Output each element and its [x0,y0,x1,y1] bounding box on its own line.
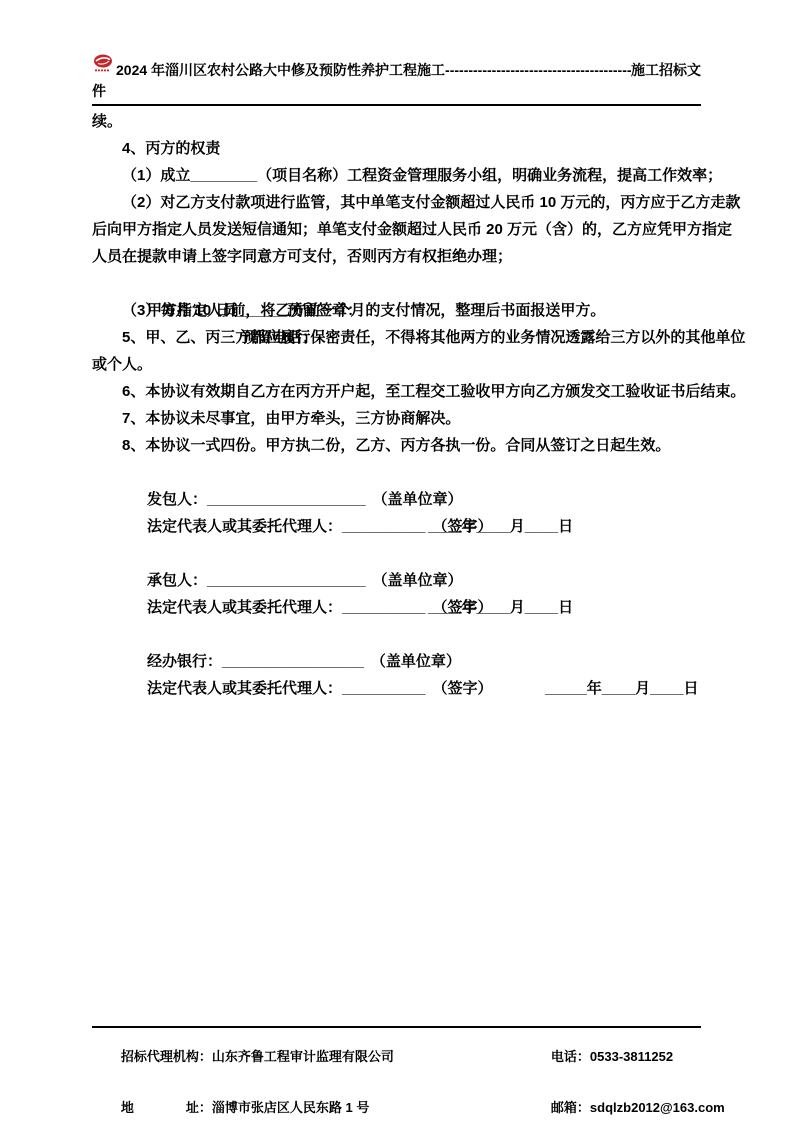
seal-note: （盖单位章） [373,491,463,508]
clause-7: 7、本协议未尽事宜，由甲方牵头，三方协商解决。 [92,405,701,432]
legal-rep-blank: __________ [342,680,425,697]
contractor-signature-line: 承包人：___________________（盖单位章） [92,540,701,567]
clause-4-1: （1）成立________（项目名称）工程资金管理服务小组，明确业务流程，提高工… [92,162,701,189]
phone-info: 电话：0533-3811252 [522,1031,673,1082]
designated-person-line: 甲方指定人员______预留签章： 预留电话： [92,270,701,297]
bank-blank: _________________ [222,653,364,670]
header-dash-filler: ----------------------------------------… [445,60,631,81]
legal-rep-blank: __________ [342,518,425,535]
address-label: 地 址： [121,1100,212,1115]
legal-rep-label: 法定代表人或其委托代理人： [147,599,342,616]
footer-row-1: 招标代理机构：山东齐鲁工程审计监理有限公司 电话：0533-3811252 [92,1031,701,1082]
header-doc-type: 施工招标文 [631,60,701,81]
seal-note: （盖单位章） [371,653,461,670]
phone-label: 电话： [551,1049,590,1064]
header-line-2: 件 [92,81,701,101]
section-4-heading: 4、丙方的权责 [92,135,701,162]
agency-label: 招标代理机构： [121,1049,212,1064]
bank-signature-line: 经办银行：_________________（盖单位章） [92,621,701,648]
bank-label: 经办银行： [147,653,222,670]
clause-4-2-line-2: 后向甲方指定人员发送短信通知；单笔支付金额超过人民币 20 万元（含）的，乙方应… [92,216,701,243]
header-project-title: 2024 年淄川区农村公路大中修及预防性养护工程施工 [116,60,445,81]
clause-5-line-2: 或个人。 [92,351,701,378]
clause-4-3: （3）每月 10 日前，将乙方前一个月的支付情况，整理后书面报送甲方。 [92,297,701,324]
address-value: 淄博市张店区人民东路 1 号 [212,1100,369,1115]
company-logo-icon [92,53,114,79]
contractor-blank: ___________________ [207,572,366,589]
header-line-1: 2024 年淄川区农村公路大中修及预防性养护工程施工 -------------… [92,55,701,81]
document-page: 2024 年淄川区农村公路大中修及预防性养护工程施工 -------------… [0,0,793,1122]
legal-rep-label: 法定代表人或其委托代理人： [147,518,342,535]
legal-rep-label: 法定代表人或其委托代理人： [147,680,342,697]
employer-blank: ___________________ [207,491,366,508]
document-body: 续。 4、丙方的权责 （1）成立________（项目名称）工程资金管理服务小组… [92,108,701,702]
sign-note: （签字） [432,680,492,697]
agency-value: 山东齐鲁工程审计监理有限公司 [212,1049,394,1064]
clause-6: 6、本协议有效期自乙方在丙方开户起，至工程交工验收甲方向乙方颁发交工验收证书后结… [92,378,701,405]
footer-row-2: 地 址：淄博市张店区人民东路 1 号 邮箱：sdqlzb2012@163.com [92,1082,701,1133]
email-label: 邮箱： [551,1100,590,1115]
clause-5-line-1: 5、甲、乙、丙三方都应履行保密责任，不得将其他两方的业务情况透露给三方以外的其他… [92,324,701,351]
continuation-text: 续。 [92,108,701,135]
page-footer: 招标代理机构：山东齐鲁工程审计监理有限公司 电话：0533-3811252 地 … [92,1026,701,1133]
address-info: 地 址：淄博市张店区人民东路 1 号 [92,1082,522,1133]
contractor-label: 承包人： [147,572,207,589]
email-info: 邮箱：sdqlzb2012@163.com [522,1082,725,1133]
page-header: 2024 年淄川区农村公路大中修及预防性养护工程施工 -------------… [92,55,701,106]
clause-8: 8、本协议一式四份。甲方执二份，乙方、丙方各执一份。合同从签订之日起生效。 [92,432,701,459]
phone-value: 0533-3811252 [590,1049,673,1064]
legal-rep-blank: __________ [342,599,425,616]
agency-info: 招标代理机构：山东齐鲁工程审计监理有限公司 [92,1031,522,1082]
clause-4-2-line-3: 人员在提款申请上签字同意方可支付，否则丙方有权拒绝办理； [92,243,701,270]
seal-note: （盖单位章） [373,572,463,589]
employer-label: 发包人： [147,491,207,508]
clause-4-2-line-1: （2）对乙方支付款项进行监管，其中单笔支付金额超过人民币 10 万元的，丙方应于… [92,189,701,216]
employer-signature-line: 发包人：___________________（盖单位章） [92,459,701,486]
email-value: sdqlzb2012@163.com [590,1100,725,1115]
